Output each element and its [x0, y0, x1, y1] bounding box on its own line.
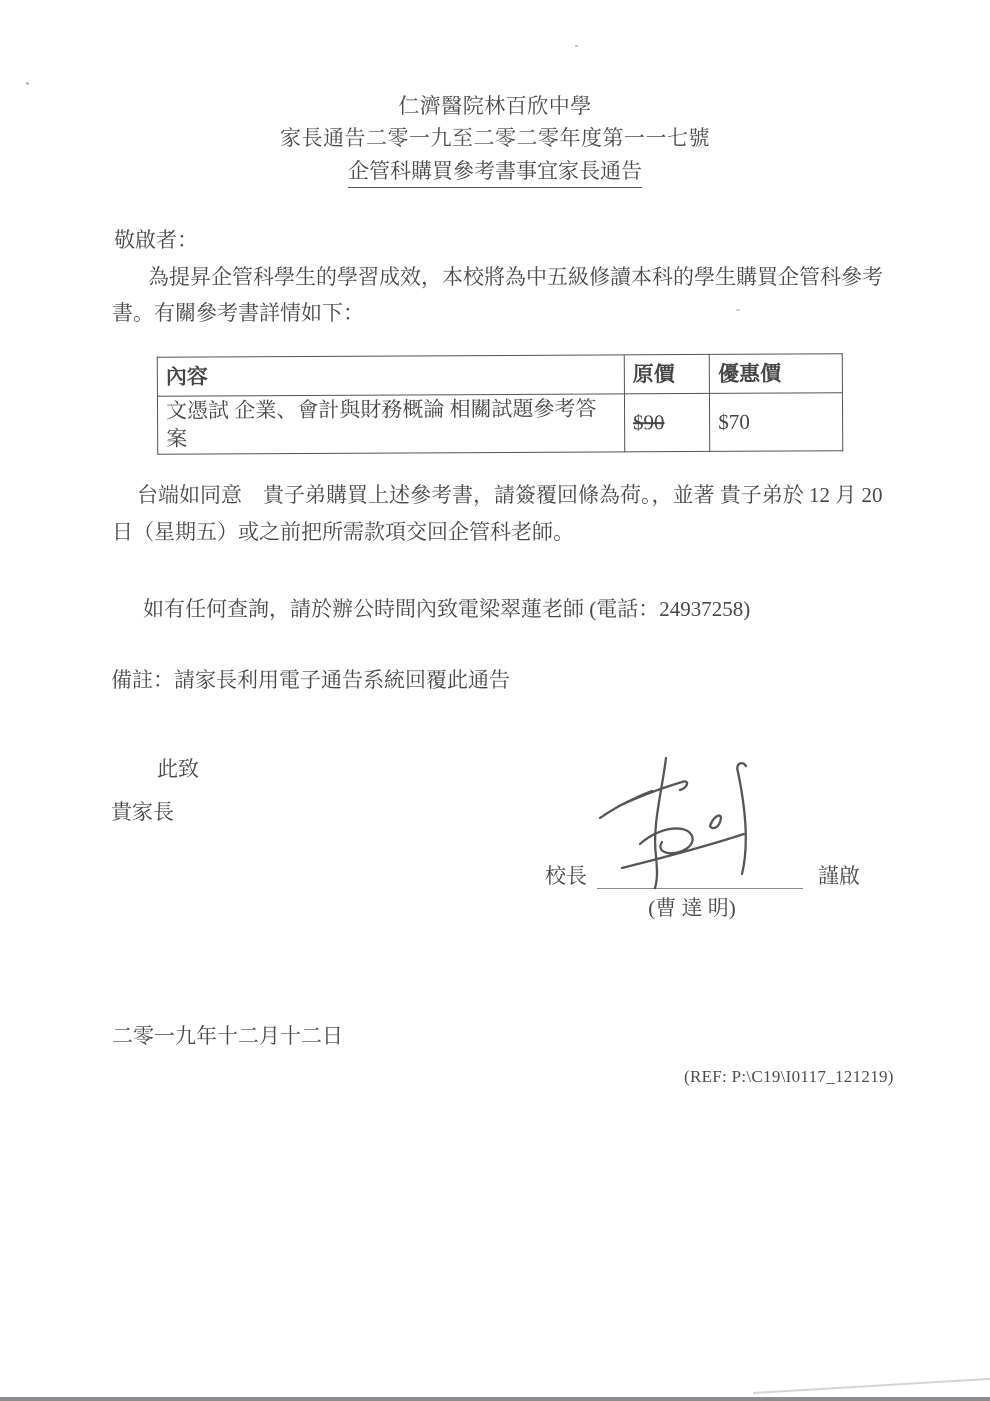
school-name: 仁濟醫院林百欣中學 [0, 92, 990, 120]
notice-subject: 企管科購買參考書事宜家長通告 [348, 157, 642, 188]
price-table-header-row: 內容 原價 優惠價 [157, 354, 842, 397]
scan-speck [575, 45, 578, 47]
scan-edge-diagonal [753, 1378, 990, 1394]
reply-paragraph-line2: 日（星期五）或之前把所需款項交回企管科老師。 [112, 518, 574, 546]
price-table-data-row: 文憑試 企業、會計與財務概論 相關試題參考答案 $90 $70 [157, 393, 842, 454]
scan-speck [736, 309, 740, 311]
enquiry-line: 如有任何查詢，請於辦公時間內致電梁翠蓮老師 (電話：24937258) [143, 595, 750, 623]
book-title-cell: 文憑試 企業、會計與財務概論 相關試題參考答案 [157, 394, 624, 454]
scan-edge-bar [0, 1397, 990, 1401]
original-price-cell: $90 [624, 393, 710, 451]
closing-phrase: 此致 [157, 755, 199, 783]
price-table: 內容 原價 優惠價 文憑試 企業、會計與財務概論 相關試題參考答案 $90 $7… [157, 353, 844, 454]
intro-paragraph-line2: 書。有關參考書詳情如下： [112, 299, 364, 327]
handwritten-signature [592, 756, 777, 896]
parent-notice-document: 仁濟醫院林百欣中學 家長通告二零一九至二零二零年度第一一七號 企管科購買參考書事… [0, 0, 990, 1401]
signature-suffix: 謹啟 [818, 862, 860, 890]
reference-code: (REF: P:\C19\I0117_121219) [684, 1066, 894, 1089]
header-cell-original-price: 原價 [624, 354, 710, 393]
principal-name: (曹 達 明) [622, 894, 762, 922]
reply-paragraph-line1: 台端如同意 貴子弟購買上述參考書，請簽覆回條為荷。，並著 貴子弟於 12 月 2… [137, 481, 883, 509]
issue-date: 二零一九年十二月十二日 [112, 1022, 343, 1050]
principal-role-label: 校長 [545, 862, 587, 890]
intro-paragraph-line1: 為提昇企管科學生的學習成效，本校將為中五級修讀本科的學生購買企管科參考 [148, 263, 883, 291]
notice-number: 家長通告二零一九至二零二零年度第一一七號 [0, 124, 990, 152]
discount-price-cell: $70 [710, 393, 843, 451]
header-cell-content: 內容 [157, 355, 624, 396]
notice-subject-row: 企管科購買參考書事宜家長通告 [0, 157, 990, 188]
remark-line: 備註：請家長利用電子通告系統回覆此通告 [111, 666, 510, 694]
closing-addressee: 貴家長 [111, 798, 174, 826]
scan-speck [26, 82, 29, 85]
header-cell-discount-price: 優惠價 [710, 354, 843, 394]
salutation: 敬啟者： [114, 226, 198, 254]
